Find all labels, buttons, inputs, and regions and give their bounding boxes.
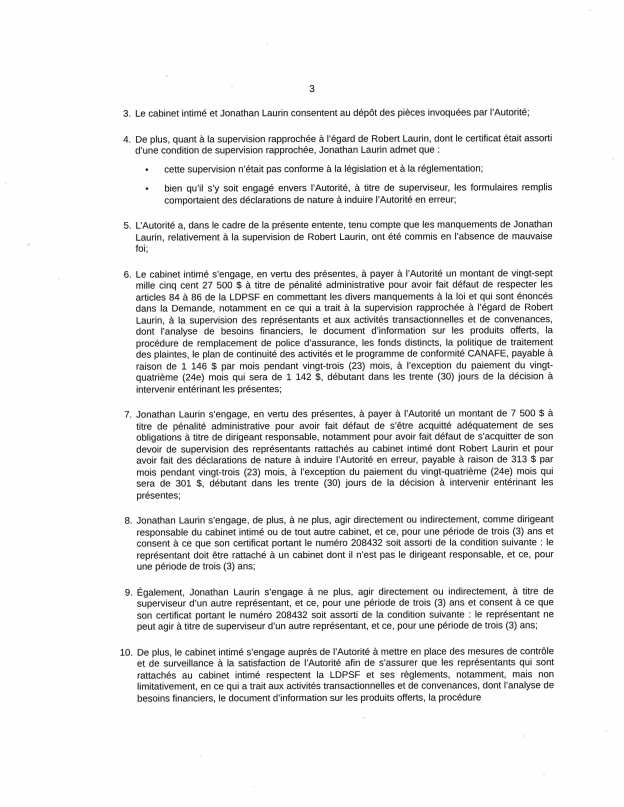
bullet-item: • cette supervision n’était pas conforme… [145, 163, 552, 176]
list-item-3: 3. Le cabinet intimé et Jonathan Laurin … [110, 107, 552, 120]
scan-speckle [523, 735, 525, 737]
scan-speckle [200, 755, 202, 757]
bullet-text: cette supervision n’était pas conforme à… [164, 163, 552, 176]
item-text: De plus, le cabinet intimé s’engage aupr… [137, 646, 554, 705]
bullet-text: bien qu’il s’y soit engagé envers l’Auto… [164, 182, 552, 206]
list-item-9: 9. Également, Jonathan Laurin s’engage à… [112, 586, 554, 634]
list-item-10: 10. De plus, le cabinet intimé s’engage … [112, 646, 554, 705]
scan-speckle [543, 774, 545, 776]
item-number: 7. [111, 410, 136, 502]
item-text: L’Autorité a, dans le cadre de la présen… [135, 219, 552, 255]
bullet-icon: • [145, 164, 164, 176]
document-page: 3 3. Le cabinet intimé et Jonathan Lauri… [0, 0, 624, 807]
item-number: 8. [112, 516, 137, 574]
item-number: 10. [112, 647, 137, 705]
scan-speckle [266, 43, 268, 45]
item-text: De plus, quant à la supervision rapproch… [135, 133, 552, 157]
item-number: 3. [110, 109, 135, 121]
item-text: Le cabinet intimé s’engage, en vertu des… [136, 268, 553, 396]
scan-speckle [605, 730, 607, 732]
document-content: 3 3. Le cabinet intimé et Jonathan Lauri… [0, 83, 624, 705]
list-item-6: 6. Le cabinet intimé s’engage, en vertu … [111, 268, 553, 396]
scan-speckle [363, 717, 366, 719]
page-number: 3 [0, 83, 624, 97]
item-number: 5. [110, 221, 135, 256]
item-number: 4. [110, 134, 135, 157]
bullet-item: • bien qu’il s’y soit engagé envers l’Au… [145, 182, 552, 206]
item-text: Le cabinet intimé et Jonathan Laurin con… [135, 107, 552, 120]
scan-speckle [589, 9, 591, 11]
item-number: 6. [111, 269, 136, 396]
list-item-4: 4. De plus, quant à la supervision rappr… [110, 133, 552, 158]
item-text: Jonathan Laurin s’engage, de plus, à ne … [137, 514, 554, 573]
item-number: 9. [112, 587, 137, 633]
scan-speckle [165, 75, 168, 77]
item-text: Jonathan Laurin s’engage, en vertu des p… [136, 408, 553, 501]
scan-speckle [197, 10, 199, 11]
bullet-icon: • [145, 184, 164, 207]
item-text: Également, Jonathan Laurin s’engage à ne… [137, 586, 554, 633]
list-item-7: 7. Jonathan Laurin s’engage, en vertu de… [111, 408, 553, 502]
list-item-8: 8. Jonathan Laurin s’engage, de plus, à … [112, 514, 554, 573]
list-item-5: 5. L’Autorité a, dans le cadre de la pré… [110, 219, 552, 255]
scan-speckle [253, 786, 255, 788]
